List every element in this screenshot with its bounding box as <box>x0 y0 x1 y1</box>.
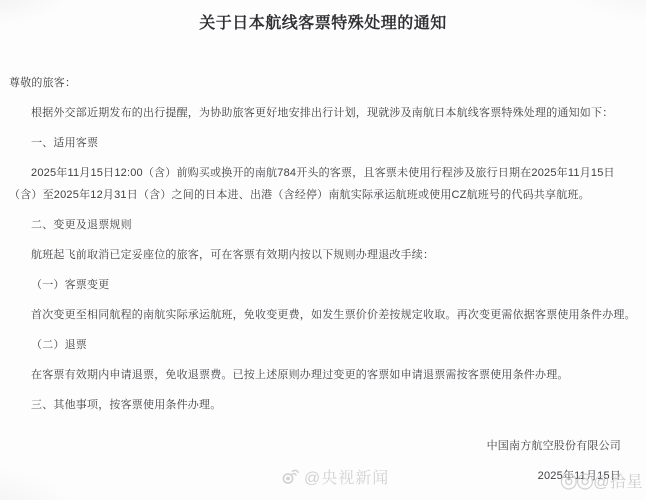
notice-title: 关于日本航线客票特殊处理的通知 <box>9 15 637 33</box>
section-heading-3: 三、其他事项，按客票使用条件办理。 <box>9 394 637 416</box>
section-heading-2: 二、变更及退票规则 <box>9 214 637 236</box>
intro-paragraph: 根据外交部近期发布的出行提醒，为协助旅客更好地安排出行计划，现就涉及南航日本航线… <box>9 102 637 124</box>
signature-date: 2025年11月15日 <box>9 465 621 487</box>
section-2-paragraph: 航班起飞前取消已定妥座位的旅客，可在客票有效期内按以下规则办理退改手续： <box>9 244 637 266</box>
subsection-change-paragraph: 首次变更至相同航程的南航实际承运航班，免收变更费，如发生票价价差按规定收取。再次… <box>9 304 637 326</box>
subsection-heading-refund: （二）退票 <box>9 334 637 356</box>
section-heading-1: 一、适用客票 <box>9 132 637 154</box>
signature-company: 中国南方航空股份有限公司 <box>9 435 621 457</box>
salutation: 尊敬的旅客： <box>9 72 637 94</box>
section-1-paragraph: 2025年11月15日12:00（含）前购买或换开的南航784开头的客票，且客票… <box>9 162 637 206</box>
notice-page: 关于日本航线客票特殊处理的通知 尊敬的旅客： 根据外交部近期发布的出行提醒，为协… <box>0 0 646 500</box>
notice-document: 关于日本航线客票特殊处理的通知 尊敬的旅客： 根据外交部近期发布的出行提醒，为协… <box>0 0 646 487</box>
signature-block: 中国南方航空股份有限公司 2025年11月15日 <box>9 435 637 487</box>
subsection-refund-paragraph: 在客票有效期内申请退票，免收退票费。已按上述原则办理过变更的客票如申请退票需按客… <box>9 364 637 386</box>
subsection-heading-change: （一）客票变更 <box>9 274 637 296</box>
